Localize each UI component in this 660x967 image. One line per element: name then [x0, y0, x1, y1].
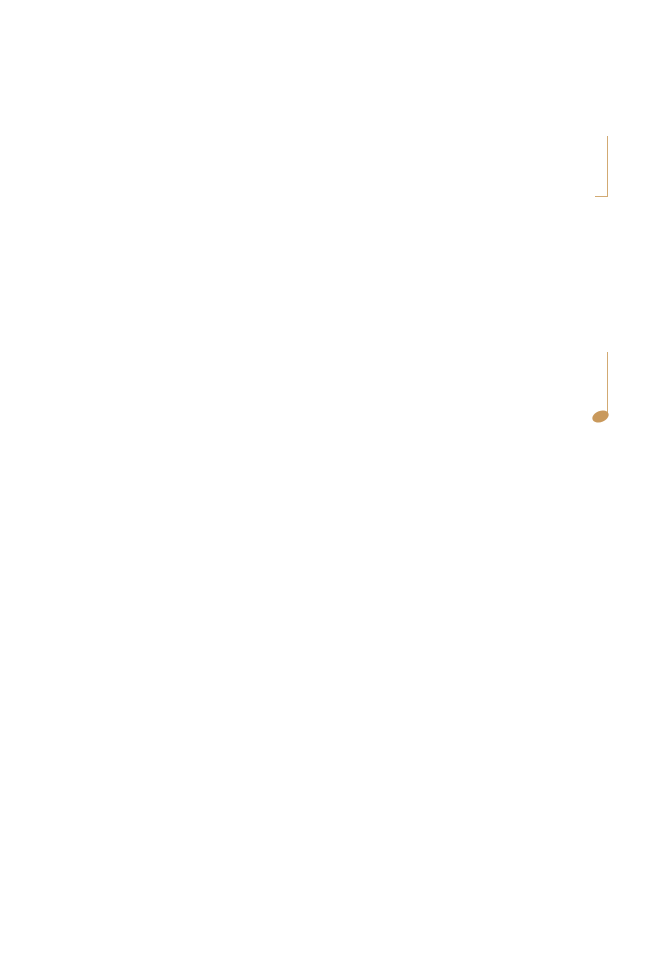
spacer: [85, 166, 570, 180]
music-note-icon: [607, 352, 609, 416]
program-list: [85, 108, 570, 202]
anniversary-logo: [526, 34, 646, 114]
bottom-stripes-decoration: [0, 857, 660, 967]
program-item-11: [85, 130, 570, 144]
spacer: [85, 130, 570, 144]
program-item-13: [85, 166, 570, 180]
side-divider-line: [607, 136, 608, 196]
side-divider-tick: [595, 196, 608, 197]
